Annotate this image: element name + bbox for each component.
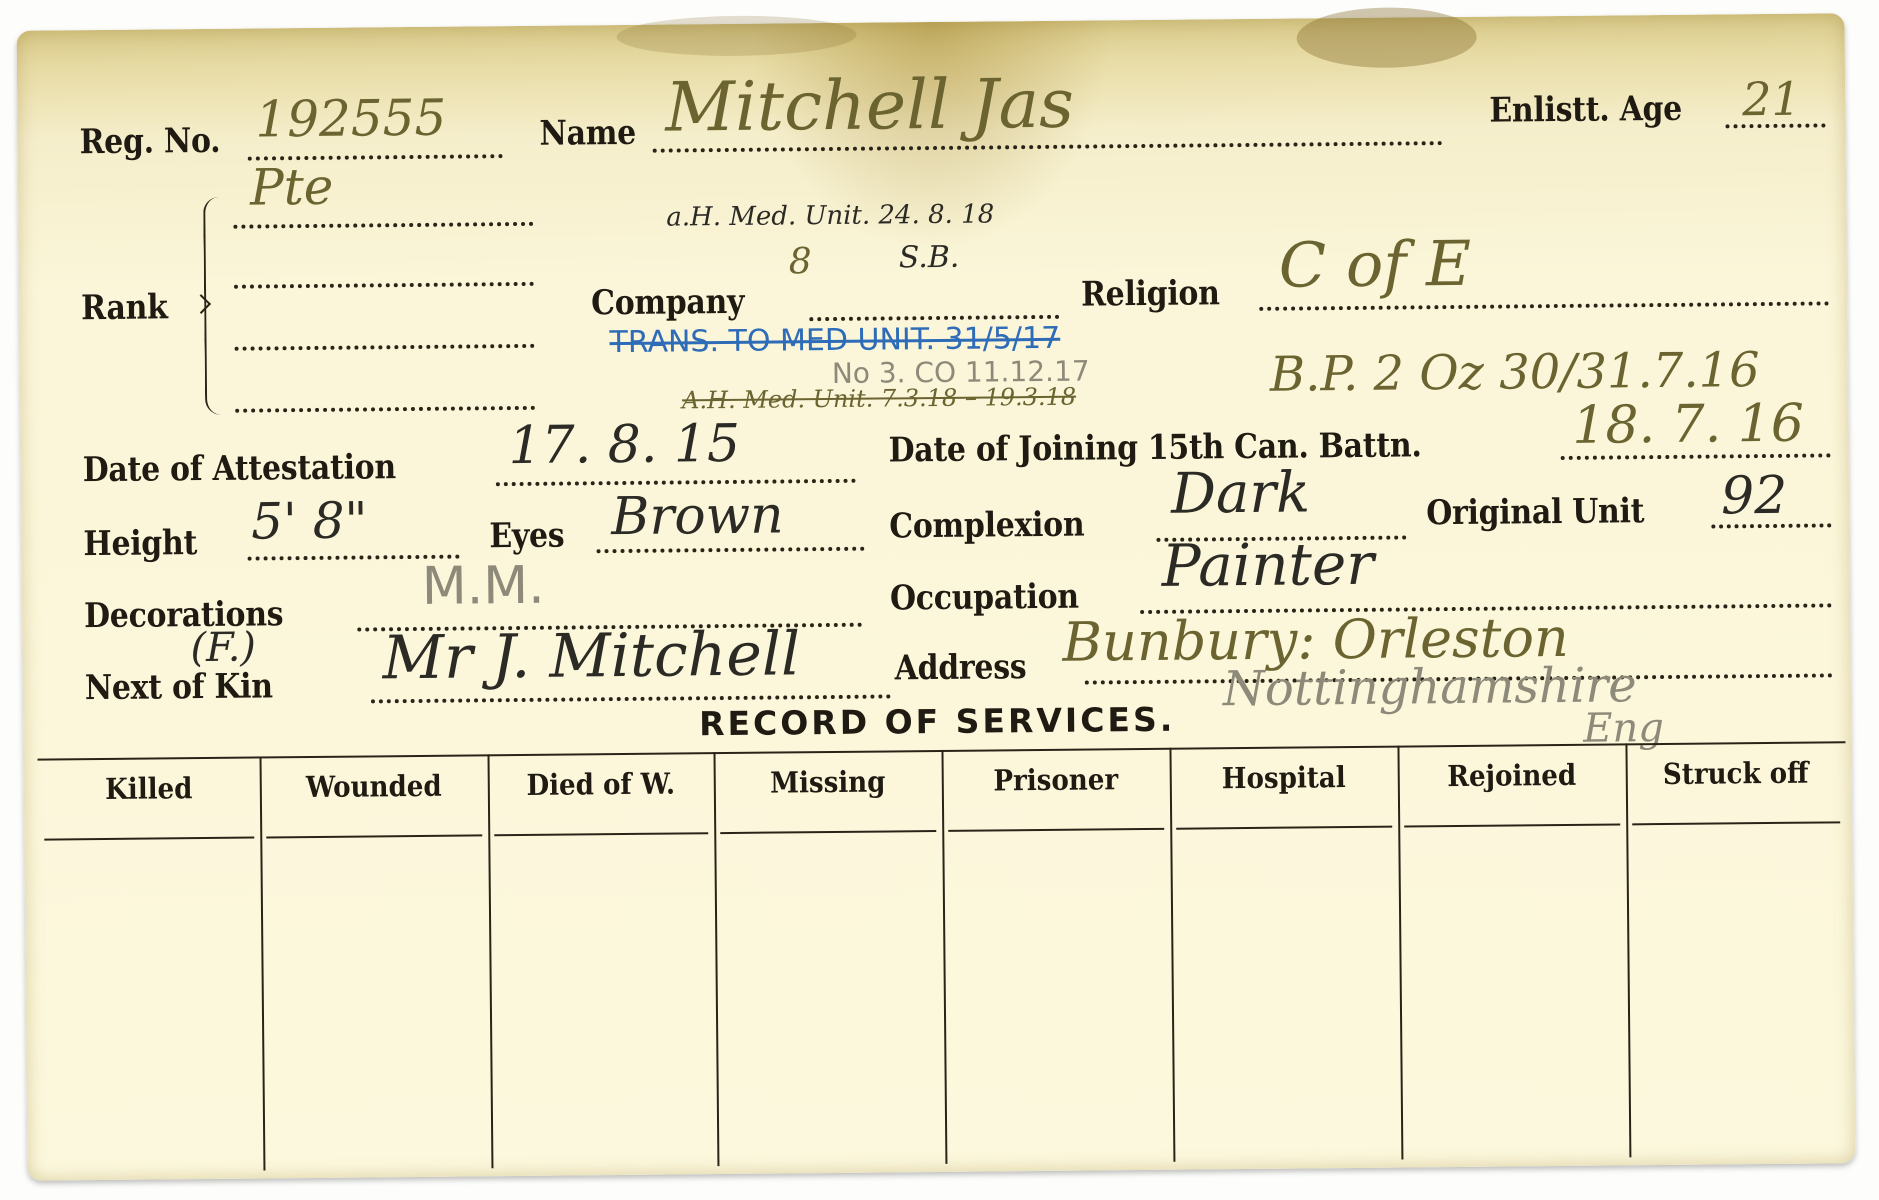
original-unit-value: 92 — [1721, 466, 1788, 527]
stain — [616, 15, 856, 57]
column-header-died-of-wounds: Died of W. — [499, 766, 703, 828]
column-divider — [941, 750, 947, 1164]
eyes-value: Brown — [611, 485, 784, 547]
rank-label: Rank — [81, 287, 168, 328]
header-underline — [720, 830, 936, 834]
occupation-value: Painter — [1161, 530, 1374, 600]
height-label: Height — [83, 523, 197, 564]
company-struck-note: A.H. Med. Unit. 7.3.18 – 19.3.18 — [682, 383, 1076, 415]
eyes-label: Eyes — [489, 516, 564, 557]
service-record-card: Reg. No. 192555 Name Mitchell Jas Enlist… — [17, 13, 1856, 1180]
stain — [1296, 7, 1477, 69]
date-attestation-label: Date of Attestation — [83, 447, 397, 490]
header-underline — [1404, 823, 1620, 827]
header-underline — [1632, 821, 1840, 825]
header-underline — [494, 832, 708, 836]
original-unit-label: Original Unit — [1426, 491, 1644, 533]
column-divider — [1397, 746, 1403, 1160]
reg-no-label: Reg. No. — [79, 121, 220, 162]
rank-dots-1 — [233, 222, 533, 229]
column-header-killed: Killed — [49, 771, 249, 833]
company-annotation: S.B. — [899, 240, 960, 276]
name-value: Mitchell Jas — [665, 65, 1074, 148]
height-value: 5' 8" — [251, 491, 368, 550]
next-of-kin-dots — [371, 694, 891, 703]
religion-value: C of E — [1278, 227, 1471, 302]
column-header-rejoined: Rejoined — [1409, 757, 1615, 819]
company-label: Company — [591, 282, 744, 323]
column-divider — [1169, 748, 1175, 1162]
occupation-label: Occupation — [890, 577, 1079, 619]
religion-dots — [1259, 301, 1829, 310]
next-of-kin-label: Next of Kin — [85, 666, 273, 708]
name-label: Name — [539, 113, 636, 154]
decorations-value: M.M. — [422, 556, 545, 617]
column-header-missing: Missing — [725, 764, 931, 826]
religion-label: Religion — [1081, 273, 1220, 314]
column-header-prisoner: Prisoner — [953, 762, 1159, 824]
header-underline — [1176, 826, 1392, 830]
eyes-dots — [597, 547, 865, 554]
enlist-age-value: 21 — [1742, 72, 1801, 127]
column-header-wounded: Wounded — [271, 768, 477, 830]
column-header-struck-off: Struck off — [1637, 755, 1836, 817]
complexion-value: Dark — [1171, 460, 1311, 526]
next-of-kin-value: Mr J. Mitchell — [382, 619, 800, 693]
date-attestation-value: 17. 8. 15 — [508, 414, 740, 476]
enlist-age-label: Enlistt. Age — [1489, 89, 1682, 131]
rank-annotation: a.H. Med. Unit. 24. 8. 18 — [666, 199, 994, 232]
date-attestation-dots — [496, 479, 856, 486]
header-underline — [948, 828, 1164, 832]
company-value: 8 — [789, 241, 812, 282]
header-underline — [266, 834, 482, 838]
rank-dots-3 — [235, 344, 535, 351]
wound-note: B.P. 2 Oz 30/31.7.16 — [1270, 342, 1760, 403]
column-header-hospital: Hospital — [1181, 760, 1387, 822]
company-transfer: TRANS. TO MED UNIT. 31/5/17 — [609, 321, 1060, 360]
record-of-services-title: RECORD OF SERVICES. — [23, 693, 1851, 750]
column-divider — [259, 756, 265, 1170]
complexion-label: Complexion — [889, 505, 1084, 547]
address-label: Address — [894, 647, 1026, 688]
next-of-kin-prefix: (F.) — [190, 625, 256, 672]
rank-dots-4 — [235, 406, 535, 413]
reg-no-value: 192555 — [255, 89, 446, 149]
column-divider — [487, 754, 493, 1168]
rank-dots-2 — [234, 282, 534, 289]
column-divider — [1625, 743, 1631, 1157]
date-joining-label: Date of Joining 15th Can. Battn. — [888, 425, 1421, 470]
column-divider — [713, 752, 719, 1166]
rank-value: Pte — [250, 158, 334, 217]
date-joining-value: 18. 7. 16 — [1572, 394, 1804, 456]
header-underline — [44, 837, 254, 841]
